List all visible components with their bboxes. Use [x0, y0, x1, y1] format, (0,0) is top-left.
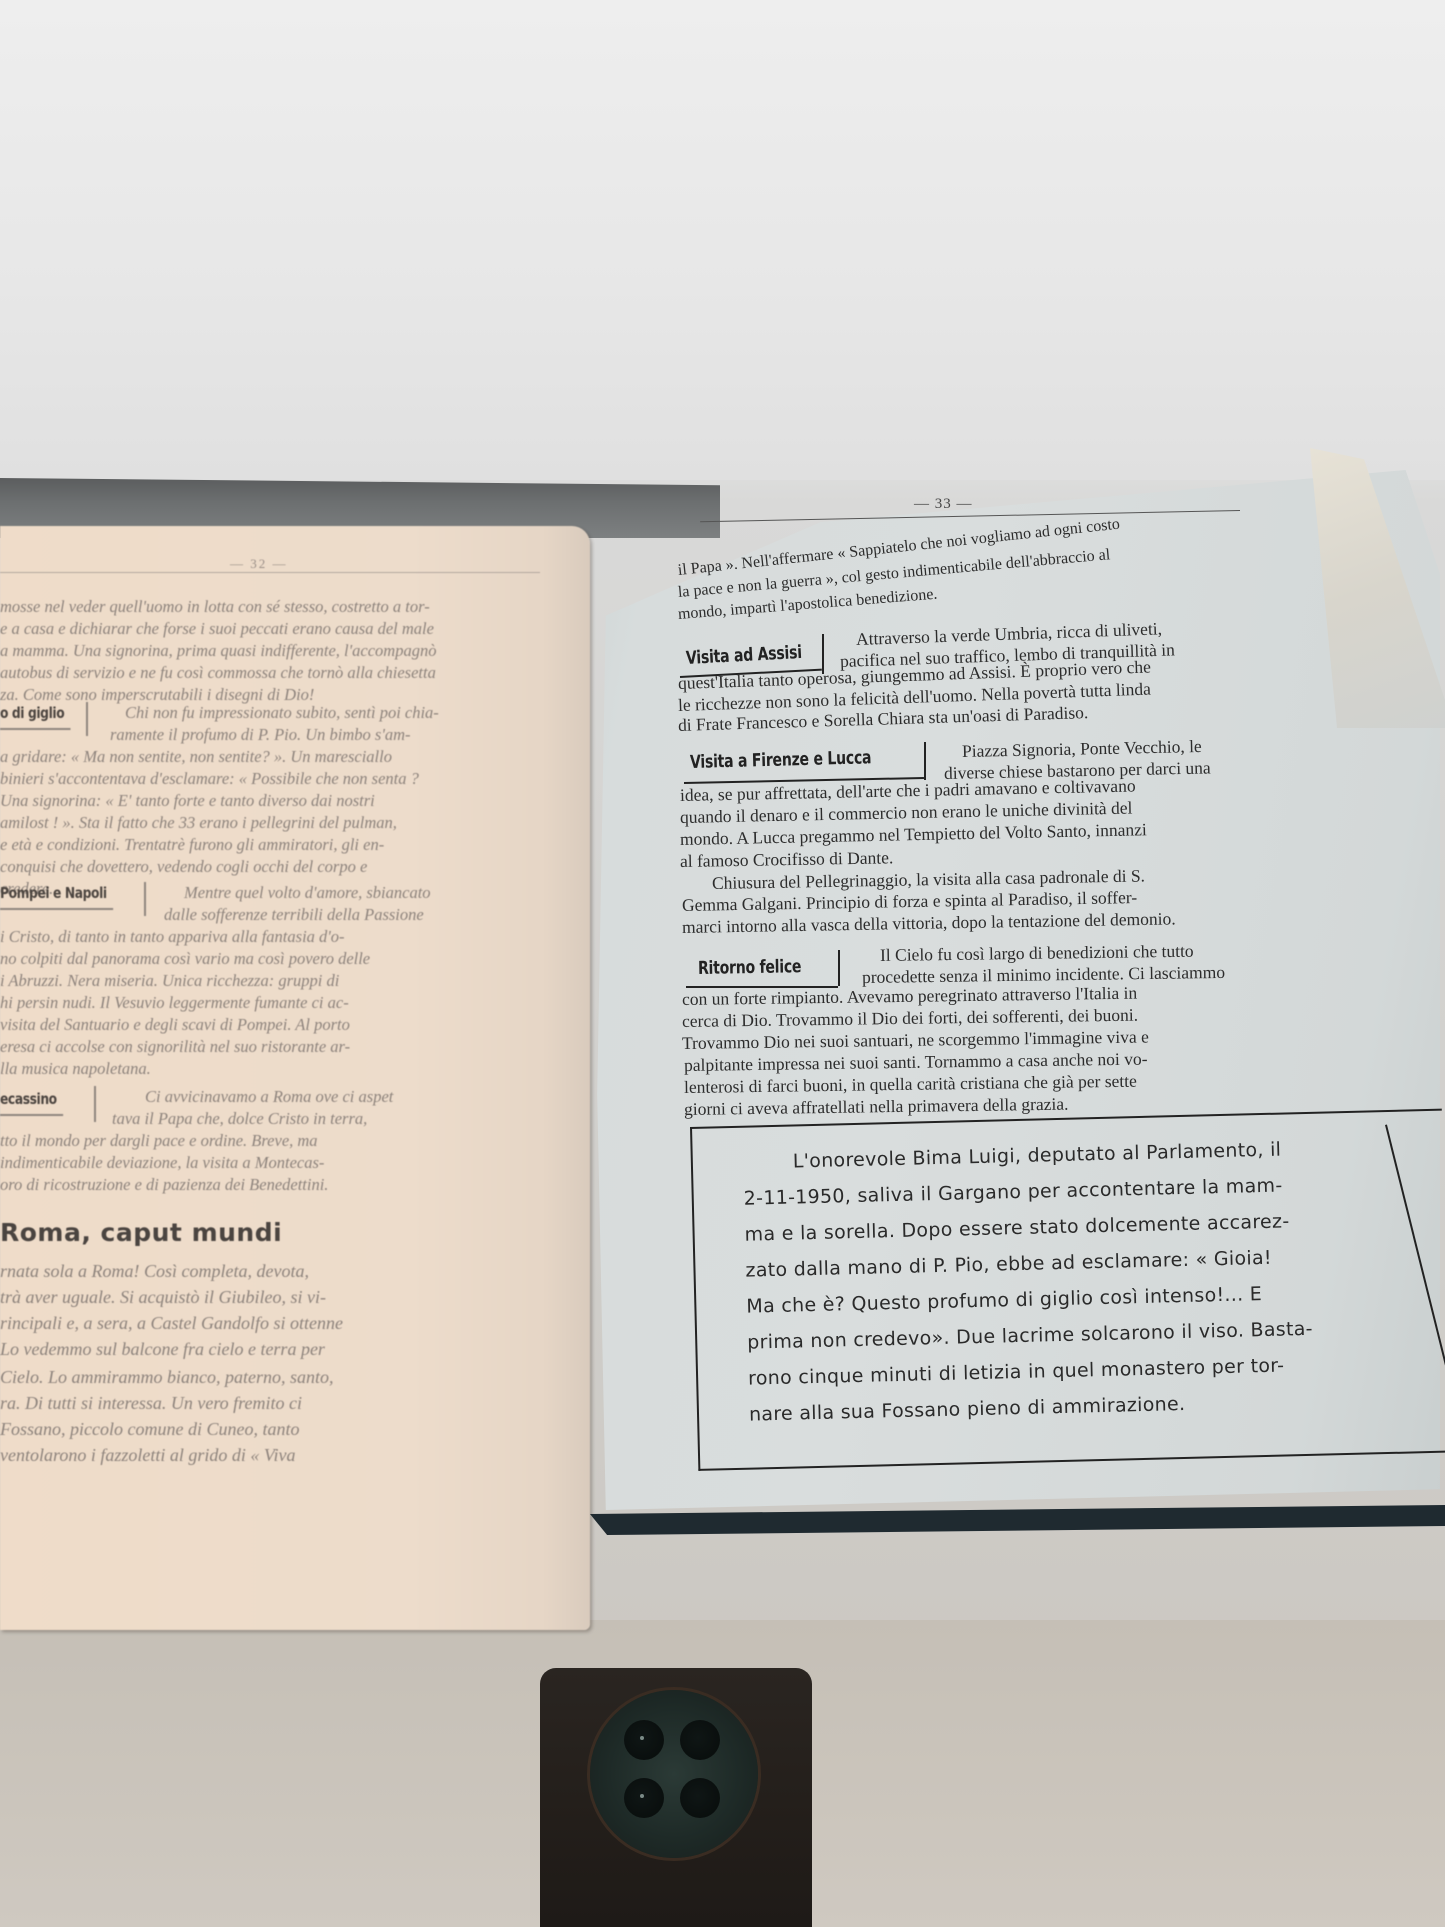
camera-lens-icon: [680, 1778, 720, 1818]
camera-lens-icon: [624, 1778, 664, 1818]
montecassino-line: tto il mondo per dargli pace e ordine. B…: [0, 1130, 318, 1153]
note-line: zato dalla mano di P. Pio, ebbe ad escla…: [745, 1247, 1272, 1282]
roma-line: Lo vedemmo sul balcone fra cielo e terra…: [0, 1336, 325, 1362]
roma-line: Fossano, piccolo comune di Cuneo, tanto: [0, 1416, 299, 1442]
section-heading-pompei: Pompei e Napoli: [0, 882, 113, 910]
pompei-line: i Cristo, di tanto in tanto appariva all…: [0, 926, 345, 949]
left-page-number: — 32 —: [230, 556, 288, 572]
camera-lens-ring: [590, 1690, 758, 1858]
right-page-number: — 33 —: [914, 496, 973, 513]
pompei-line: visita del Santuario e degli scavi di Po…: [0, 1014, 350, 1037]
profumo-line: a gridare: « Ma non sentite, non sentite…: [0, 746, 392, 769]
left-paragraph-line: a mamma. Una signorina, prima quasi indi…: [0, 640, 436, 663]
profumo-line: ramente il profumo di P. Pio. Un bimbo s…: [110, 724, 411, 747]
left-page: — 32 — mosse nel veder quell'uomo in lot…: [0, 526, 590, 1630]
pompei-line: eresa ci accolse con signorilità nel suo…: [0, 1036, 350, 1059]
pompei-line: hi persin nudi. Il Vesuvio leggermente f…: [0, 992, 349, 1015]
pompei-line: no colpiti dal panorama così vario ma co…: [0, 948, 370, 971]
roma-line: Cielo. Lo ammirammo bianco, paterno, san…: [0, 1364, 334, 1390]
roma-line: rnata sola a Roma! Così completa, devota…: [0, 1258, 309, 1284]
note-line: prima non credevo». Due lacrime solcaron…: [747, 1318, 1313, 1354]
camera-lens-icon: [680, 1720, 720, 1760]
left-paragraph-line: mosse nel veder quell'uomo in lotta con …: [0, 596, 430, 619]
pompei-line: lla musica napoletana.: [0, 1058, 151, 1081]
background-wall: [0, 0, 1445, 480]
heading-bar: [144, 882, 146, 916]
pompei-line: dalle sofferenze terribili della Passion…: [164, 904, 424, 927]
roma-line: rincipali e, a sera, a Castel Gandolfo s…: [0, 1310, 343, 1336]
section-title-roma: Roma, caput mundi: [0, 1218, 282, 1247]
heading-bar: [94, 1086, 96, 1122]
profumo-line: e età e condizioni. Trentatrè furono gli…: [0, 834, 384, 857]
profumo-line: Chi non fu impressionato subito, sentì p…: [125, 702, 439, 725]
left-header-rule: [0, 572, 540, 573]
profumo-line: Una signorina: « E' tanto forte e tanto …: [0, 790, 375, 813]
note-line: L'onorevole Bima Luigi, deputato al Parl…: [793, 1139, 1282, 1173]
section-heading-montecassino: ecassino: [0, 1088, 63, 1116]
montecassino-line: tava il Papa che, dolce Cristo in terra,: [112, 1108, 367, 1131]
firenze-line: al famoso Crocifisso di Dante.: [680, 846, 894, 872]
roma-line: ra. Di tutti si interessa. Un vero fremi…: [0, 1390, 302, 1416]
note-line: rono cinque minuti di letizia in quel mo…: [748, 1355, 1285, 1390]
heading-bar: [86, 702, 88, 736]
heading-bar: [924, 742, 926, 780]
pompei-line: i Abruzzi. Nera miseria. Unica ricchezza…: [0, 970, 339, 993]
section-heading-profumo: o di giglio: [0, 702, 71, 730]
left-paragraph-line: autobus di servizio e ne fu così commoss…: [0, 662, 436, 685]
profumo-line: binieri s'accontentava d'esclamare: « Po…: [0, 768, 419, 791]
camera-lens-icon: [624, 1720, 664, 1760]
montecassino-line: indimenticabile deviazione, la visita a …: [0, 1152, 324, 1175]
booklet-front-cover-edge: [590, 1505, 1445, 1535]
note-line: ma e la sorella. Dopo essere stato dolce…: [744, 1210, 1289, 1245]
montecassino-line: oro di ricostruzione e di pazienza dei B…: [0, 1174, 328, 1197]
heading-bar: [838, 950, 840, 986]
section-heading-ritorno: Ritorno felice: [698, 956, 802, 979]
profumo-line: amilost ! ». Sta il fatto che 33 erano i…: [0, 812, 397, 835]
note-line: 2-11-1950, saliva il Gargano per acconte…: [743, 1175, 1282, 1210]
roma-line: trà aver uguale. Si acquistò il Giubileo…: [0, 1284, 326, 1310]
profumo-line: conquisi che dovettero, vedendo cogli oc…: [0, 856, 367, 879]
roma-line: ventolarono i fazzoletti al grido di « V…: [0, 1442, 295, 1468]
boxed-note: L'onorevole Bima Luigi, deputato al Parl…: [690, 1109, 1445, 1471]
montecassino-line: Ci avvicinavamo a Roma ove ci aspet: [145, 1086, 393, 1109]
pompei-line: Mentre quel volto d'amore, sbiancato: [184, 882, 431, 905]
note-line: Ma che è? Questo profumo di giglio così …: [746, 1283, 1262, 1318]
left-paragraph-line: e a casa e dichiarar che forse i suoi pe…: [0, 618, 434, 641]
note-line: nare alla sua Fossano pieno di ammirazio…: [749, 1393, 1186, 1426]
